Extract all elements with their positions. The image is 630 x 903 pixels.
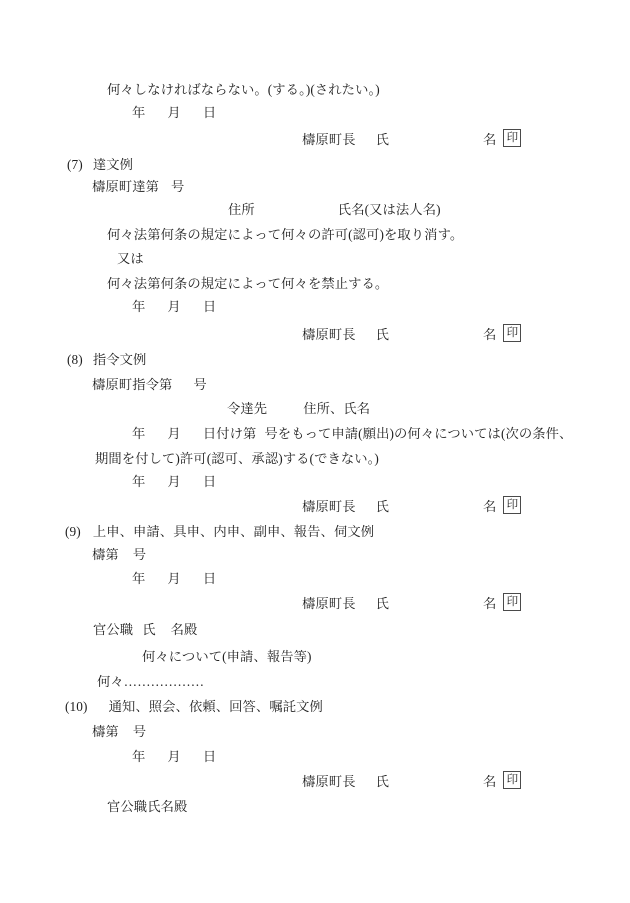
section-heading: (10)通知、照会、依頼、回答、嘱託文例 <box>65 698 323 715</box>
body-line-text: 何々しなければならない。(する。)(されたい。) <box>107 81 380 98</box>
addressee-line-text: 氏名(又は法人名) <box>338 201 441 218</box>
mayor-signature-line-text: 檮原町長 <box>302 131 356 148</box>
addressee-line-text: 名殿 <box>171 621 198 638</box>
body-line-text: 何々について(申請、報告等) <box>142 648 312 665</box>
seal-mark: 印 <box>503 324 521 342</box>
date-line-text: 月 <box>167 748 180 765</box>
mayor-signature-line-text: 氏 <box>376 326 389 343</box>
section-heading-text: (7) <box>67 156 83 173</box>
date-line-text: 日 <box>203 104 216 121</box>
doc-number-line-text: 檮原町指令第 <box>92 376 172 393</box>
section-heading-text: 指令文例 <box>93 351 147 368</box>
mayor-signature-line-text: 名 <box>483 326 496 343</box>
date-line-text: 日 <box>203 473 216 490</box>
mayor-signature-line-text: 檮原町長 <box>302 595 356 612</box>
doc-number-line: 檮原町指令第号 <box>92 376 207 393</box>
date-line: 年月日 <box>132 570 216 587</box>
mayor-signature-line: 檮原町長氏名印 <box>302 595 521 612</box>
date-line-text: 日 <box>203 748 216 765</box>
date-line-text: 月 <box>167 473 180 490</box>
addressee-line-text: 住所 <box>228 201 255 218</box>
addressee-line: 官公職氏名殿 <box>93 621 197 638</box>
body-line-text: 又は <box>117 250 144 267</box>
date-line: 年月日 <box>132 104 216 121</box>
addressee-line-text: 官公職 <box>93 621 133 638</box>
mayor-signature-line: 檮原町長氏名印 <box>302 326 521 343</box>
body-line: 何々……………… <box>97 673 204 690</box>
doc-number-line-text: 檮第 <box>92 723 119 740</box>
doc-number-line-text: 号 <box>133 546 146 563</box>
body-line: 何々法第何条の規定によって何々を禁止する。 <box>107 275 388 292</box>
addressee-line: 住所氏名(又は法人名) <box>228 201 441 218</box>
section-heading: (8)指令文例 <box>67 351 146 368</box>
date-line-text: 月 <box>167 298 180 315</box>
section-heading-text: 上申、申請、具申、内申、副申、報告、伺文例 <box>93 523 374 540</box>
date-line-text: 月 <box>167 570 180 587</box>
doc-number-line-text: 檮原町達第 <box>92 178 159 195</box>
date-line-text: 月 <box>167 104 180 121</box>
mayor-signature-line-text: 名 <box>483 595 496 612</box>
mayor-signature-line: 檮原町長氏名印 <box>302 498 521 515</box>
seal-mark: 印 <box>503 129 521 147</box>
body-line-text: 何々……………… <box>97 673 204 690</box>
mayor-signature-line-text: 檮原町長 <box>302 326 356 343</box>
date-line-text: 年 <box>132 298 145 315</box>
section-heading-text: 通知、照会、依頼、回答、嘱託文例 <box>109 698 323 715</box>
mayor-signature-line-text: 氏 <box>376 498 389 515</box>
body-line-text: 期間を付して)許可(認可、承認)する(できない。) <box>95 450 379 467</box>
doc-number-line-text: 檮第 <box>92 546 119 563</box>
body-line: 何々しなければならない。(する。)(されたい。) <box>107 81 380 98</box>
doc-number-line-text: 号 <box>133 723 146 740</box>
mayor-signature-line-text: 檮原町長 <box>302 773 356 790</box>
body-line-text: 年 <box>132 425 145 442</box>
date-line-text: 年 <box>132 570 145 587</box>
addressee-line: 令達先住所、氏名 <box>227 400 370 417</box>
addressee-line-text: 令達先 <box>227 400 267 417</box>
body-line: 又は <box>117 250 144 267</box>
mayor-signature-line: 檮原町長氏名印 <box>302 131 521 148</box>
date-line: 年月日 <box>132 473 216 490</box>
addressee-line-text: 官公職氏名殿 <box>107 798 187 815</box>
doc-number-line: 檮第号 <box>92 546 146 563</box>
doc-number-line: 檮第号 <box>92 723 146 740</box>
mayor-signature-line: 檮原町長氏名印 <box>302 773 521 790</box>
date-line-text: 日 <box>203 570 216 587</box>
date-line-text: 年 <box>132 748 145 765</box>
body-line-text: 何々法第何条の規定によって何々を禁止する。 <box>107 275 388 292</box>
date-line-text: 年 <box>132 104 145 121</box>
addressee-line-text: 住所、氏名 <box>303 400 370 417</box>
section-heading-text: (9) <box>65 523 81 540</box>
date-line: 年月日 <box>132 298 216 315</box>
doc-number-line-text: 号 <box>171 178 184 195</box>
doc-number-line-text: 号 <box>193 376 206 393</box>
addressee-line: 官公職氏名殿 <box>107 798 187 815</box>
section-heading-text: (8) <box>67 351 83 368</box>
body-line: 何々法第何条の規定によって何々の許可(認可)を取り消す。 <box>107 226 463 243</box>
date-line-text: 年 <box>132 473 145 490</box>
body-line: 期間を付して)許可(認可、承認)する(できない。) <box>95 450 379 467</box>
body-line-text: 号をもって申請(願出)の何々については(次の条件、 <box>264 425 572 442</box>
section-heading-text: 達文例 <box>93 156 133 173</box>
mayor-signature-line-text: 氏 <box>376 131 389 148</box>
addressee-line-text: 氏 <box>142 621 155 638</box>
date-line-text: 日 <box>203 298 216 315</box>
section-heading: (7)達文例 <box>67 156 133 173</box>
body-line-text: 何々法第何条の規定によって何々の許可(認可)を取り消す。 <box>107 226 463 243</box>
body-line: 年月日付け第号をもって申請(願出)の何々については(次の条件、 <box>132 425 572 442</box>
section-heading: (9)上申、申請、具申、内申、副申、報告、伺文例 <box>65 523 374 540</box>
mayor-signature-line-text: 氏 <box>376 773 389 790</box>
body-line: 何々について(申請、報告等) <box>142 648 312 665</box>
mayor-signature-line-text: 名 <box>483 773 496 790</box>
body-line-text: 日付け第 <box>203 425 257 442</box>
seal-mark: 印 <box>503 593 521 611</box>
body-line-text: 月 <box>167 425 180 442</box>
seal-mark: 印 <box>503 771 521 789</box>
doc-number-line: 檮原町達第号 <box>92 178 184 195</box>
mayor-signature-line-text: 名 <box>483 498 496 515</box>
mayor-signature-line-text: 檮原町長 <box>302 498 356 515</box>
seal-mark: 印 <box>503 496 521 514</box>
section-heading-text: (10) <box>65 698 88 715</box>
mayor-signature-line-text: 名 <box>483 131 496 148</box>
document-page: 何々しなければならない。(する。)(されたい。)年月日檮原町長氏名印(7)達文例… <box>0 0 630 903</box>
mayor-signature-line-text: 氏 <box>376 595 389 612</box>
date-line: 年月日 <box>132 748 216 765</box>
